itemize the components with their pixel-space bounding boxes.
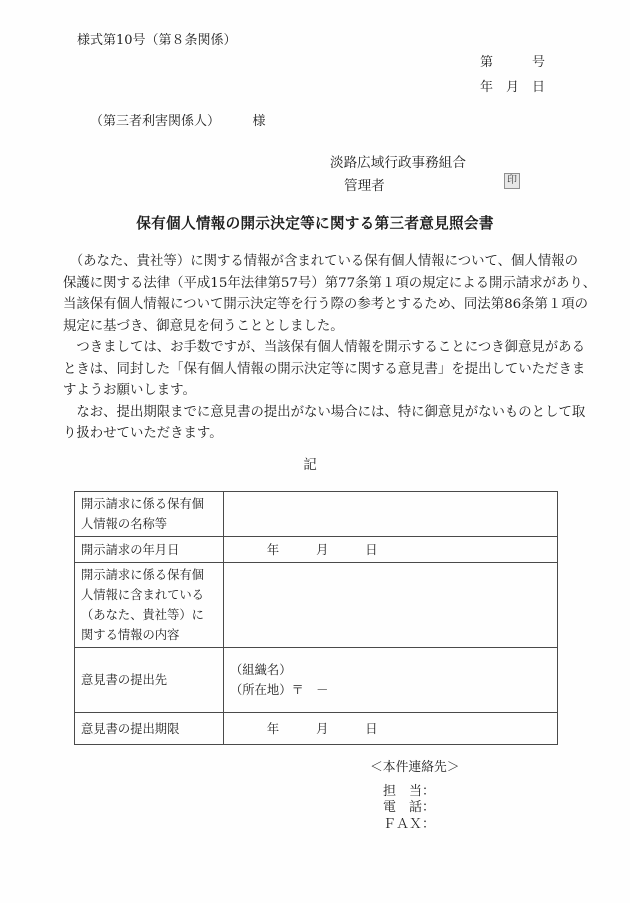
contact-line-tantou: 担 当： (383, 784, 435, 800)
body-line: つきましては、お手数ですが、当該保有個人情報を開示することにつき御意見がある (63, 337, 593, 359)
row-label: 開示請求の年月日 (75, 537, 224, 563)
info-table: 開示請求に係る保有個 人情報の名称等 開示請求の年月日 年 月 日 開示請求に係… (74, 491, 558, 745)
row-value: 年 月 日 (224, 713, 558, 745)
row-value (224, 492, 558, 537)
body-line: 規定に基づき、御意見を伺うこととしました。 (63, 316, 593, 338)
row-label: 開示請求に係る保有個 人情報の名称等 (75, 492, 224, 537)
document-title: 保有個人情報の開示決定等に関する第三者意見照会書 (0, 212, 630, 233)
table-row: 開示請求に係る保有個 人情報に含まれている （あなた、貴社等）に 関する情報の内… (75, 563, 558, 648)
row-value: 年 月 日 (224, 537, 558, 563)
ki-marker: 記 (0, 453, 620, 473)
seal-stamp: 印 (504, 173, 520, 189)
body-text: （あなた、貴社等）に関する情報が含まれている保有個人情報について、個人情報の 保… (63, 251, 593, 445)
contact-block: 担 当： 電 話： ＦＡＸ： (383, 784, 435, 833)
body-line: り扱わせていただきます。 (63, 423, 593, 445)
body-line: 当該保有個人情報について開示決定等を行う際の参考とするため、同法第86条第１項の (63, 294, 593, 316)
body-line: ときは、同封した「保有個人情報の開示決定等に関する意見書」を提出していただきま (63, 359, 593, 381)
table-row: 意見書の提出期限 年 月 日 (75, 713, 558, 745)
addressee-line: （第三者利害関係人） 様 (90, 110, 266, 129)
form-number: 様式第10号（第８条関係） (77, 29, 237, 48)
document-page: 様式第10号（第８条関係） 第 号 年 月 日 （第三者利害関係人） 様 淡路広… (0, 0, 630, 903)
contact-heading: ＜本件連絡先＞ (370, 756, 460, 775)
row-label: 意見書の提出先 (75, 648, 224, 713)
issuer-org: 淡路広域行政事務組合 (330, 151, 466, 171)
contact-line-fax: ＦＡＸ： (383, 817, 435, 833)
row-label: 意見書の提出期限 (75, 713, 224, 745)
row-value: （組織名） （所在地）〒 － (224, 648, 558, 713)
doc-number-block: 第 号 年 月 日 (480, 50, 545, 100)
table-row: 開示請求の年月日 年 月 日 (75, 537, 558, 563)
body-line: なお、提出期限までに意見書の提出がない場合には、特に御意見がないものとして取 (63, 402, 593, 424)
doc-date-line: 年 月 日 (480, 75, 545, 100)
body-line: （あなた、貴社等）に関する情報が含まれている保有個人情報について、個人情報の (63, 251, 593, 273)
table-row: 開示請求に係る保有個 人情報の名称等 (75, 492, 558, 537)
issuer-role: 管理者 (344, 174, 385, 194)
row-label: 開示請求に係る保有個 人情報に含まれている （あなた、貴社等）に 関する情報の内… (75, 563, 224, 648)
row-value (224, 563, 558, 648)
body-line: 保護に関する法律（平成15年法律第57号）第77条第１項の規定による開示請求があ… (63, 273, 593, 295)
contact-line-denwa: 電 話： (383, 800, 435, 816)
table-row: 意見書の提出先 （組織名） （所在地）〒 － (75, 648, 558, 713)
doc-number-line: 第 号 (480, 50, 545, 75)
body-line: すようお願いします。 (63, 380, 593, 402)
